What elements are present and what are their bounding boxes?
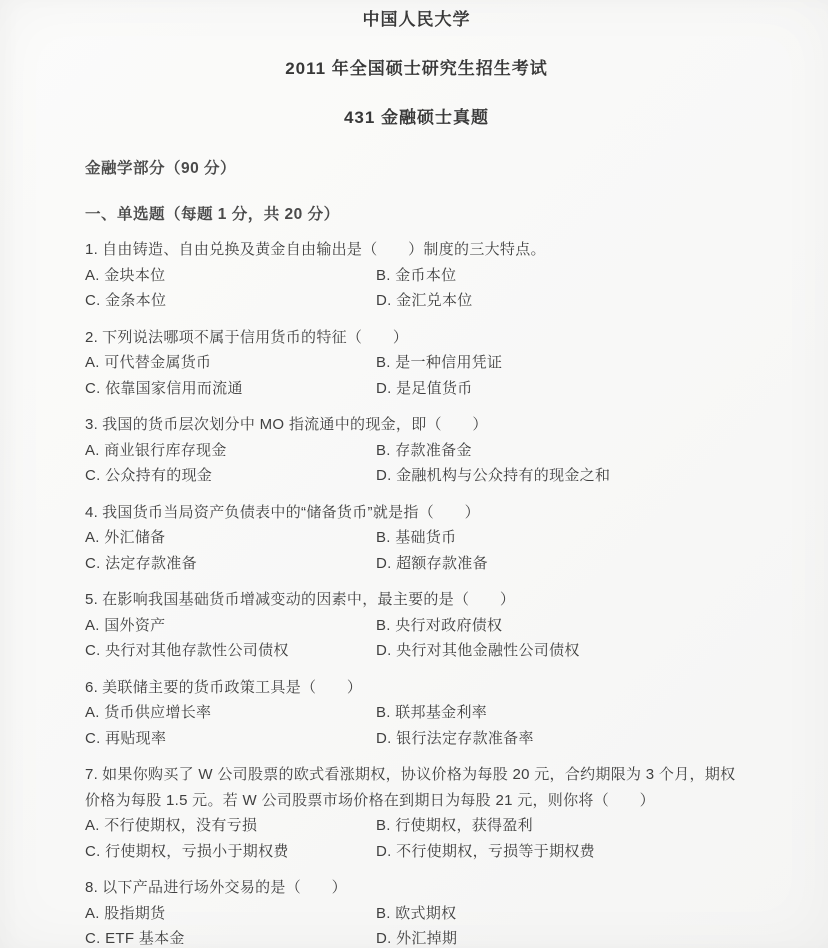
option-c: C. 法定存款准备 [85,551,376,577]
question-stem: 5.在影响我国基础货币增减变动的因素中，最主要的是（ ） [85,587,748,613]
option-b: B. 是一种信用凭证 [376,350,502,376]
option-c: C. 央行对其他存款性公司债权 [85,638,376,664]
question-block-3: 3.我国的货币层次划分中 MO 指流通中的现金，即（ ） A. 商业银行库存现金… [85,412,748,489]
paper-title: 431 金融硕士真题 [85,107,748,129]
question-stem: 3.我国的货币层次划分中 MO 指流通中的现金，即（ ） [85,412,748,438]
question-text: 自由铸造、自由兑换及黄金自由输出是（ ）制度的三大特点。 [102,241,546,258]
option-b: B. 存款准备金 [376,438,610,464]
question-stem: 6.美联储主要的货币政策工具是（ ） [85,675,748,701]
question-number: 1. [85,241,98,258]
option-c: C. ETF 基本金 [85,926,376,948]
option-d: D. 金汇兑本位 [376,288,473,314]
option-a: A. 金块本位 [85,263,376,289]
option-b: B. 欧式期权 [376,901,457,927]
option-d: D. 是足值货币 [376,376,502,402]
option-c: C. 金条本位 [85,288,376,314]
question-block-6: 6.美联储主要的货币政策工具是（ ） A. 货币供应增长率 B. 联邦基金利率 … [85,675,748,752]
part-heading: 一、单选题（每题 1 分，共 20 分） [85,204,748,226]
exam-document-page: 中国人民大学 2011 年全国硕士研究生招生考试 431 金融硕士真题 金融学部… [0,0,828,948]
option-b: B. 基础货币 [376,525,488,551]
option-a: A. 股指期货 [85,901,376,927]
question-text: 我国的货币层次划分中 MO 指流通中的现金，即（ ） [102,416,488,433]
option-b: B. 金币本位 [376,263,473,289]
question-number: 4. [85,504,98,521]
question-number: 2. [85,329,98,346]
question-options: A. 外汇储备 B. 基础货币 C. 法定存款准备 D. 超额存款准备 [85,525,748,576]
section-heading: 金融学部分（90 分） [85,158,748,180]
question-text: 我国货币当局资产负债表中的“储备货币”就是指（ ） [102,504,480,521]
option-a: A. 货币供应增长率 [85,700,376,726]
question-text: 美联储主要的货币政策工具是（ ） [102,679,362,696]
question-stem: 4.我国货币当局资产负债表中的“储备货币”就是指（ ） [85,500,748,526]
option-d: D. 不行使期权，亏损等于期权费 [376,839,595,865]
question-options: A. 金块本位 B. 金币本位 C. 金条本位 D. 金汇兑本位 [85,263,748,314]
exam-title: 2011 年全国硕士研究生招生考试 [85,58,748,80]
university-title: 中国人民大学 [85,9,748,31]
option-a: A. 商业银行库存现金 [85,438,376,464]
option-a: A. 不行使期权，没有亏损 [85,813,376,839]
option-d: D. 央行对其他金融性公司债权 [376,638,580,664]
question-number: 5. [85,591,98,608]
option-d: D. 银行法定存款准备率 [376,726,534,752]
question-block-2: 2.下列说法哪项不属于信用货币的特征（ ） A. 可代替金属货币 B. 是一种信… [85,325,748,402]
option-a: A. 可代替金属货币 [85,350,376,376]
option-b: B. 联邦基金利率 [376,700,534,726]
question-text: 下列说法哪项不属于信用货币的特征（ ） [102,329,408,346]
option-a: A. 外汇储备 [85,525,376,551]
question-options: A. 货币供应增长率 B. 联邦基金利率 C. 再贴现率 D. 银行法定存款准备… [85,700,748,751]
option-b: B. 央行对政府债权 [376,613,580,639]
question-options: A. 国外资产 B. 央行对政府债权 C. 央行对其他存款性公司债权 D. 央行… [85,613,748,664]
question-number: 7. [85,766,98,783]
option-d: D. 外汇掉期 [376,926,457,948]
option-c: C. 行使期权，亏损小于期权费 [85,839,376,865]
question-block-5: 5.在影响我国基础货币增减变动的因素中，最主要的是（ ） A. 国外资产 B. … [85,587,748,664]
question-stem: 7.如果你购买了 W 公司股票的欧式看涨期权，协议价格为每股 20 元，合约期限… [85,762,748,813]
question-block-1: 1.自由铸造、自由兑换及黄金自由输出是（ ）制度的三大特点。 A. 金块本位 B… [85,237,748,314]
question-number: 3. [85,416,98,433]
question-stem: 8.以下产品进行场外交易的是（ ） [85,875,748,901]
question-text: 以下产品进行场外交易的是（ ） [102,879,347,896]
question-text: 如果你购买了 W 公司股票的欧式看涨期权，协议价格为每股 20 元，合约期限为 … [85,766,735,809]
question-block-8: 8.以下产品进行场外交易的是（ ） A. 股指期货 B. 欧式期权 C. ETF… [85,875,748,948]
question-stem: 2.下列说法哪项不属于信用货币的特征（ ） [85,325,748,351]
option-c: C. 再贴现率 [85,726,376,752]
option-d: D. 超额存款准备 [376,551,488,577]
question-block-7: 7.如果你购买了 W 公司股票的欧式看涨期权，协议价格为每股 20 元，合约期限… [85,762,748,864]
question-block-4: 4.我国货币当局资产负债表中的“储备货币”就是指（ ） A. 外汇储备 B. 基… [85,500,748,577]
question-text: 在影响我国基础货币增减变动的因素中，最主要的是（ ） [102,591,515,608]
question-options: A. 商业银行库存现金 B. 存款准备金 C. 公众持有的现金 D. 金融机构与… [85,438,748,489]
option-b: B. 行使期权，获得盈利 [376,813,595,839]
question-options: A. 不行使期权，没有亏损 B. 行使期权，获得盈利 C. 行使期权，亏损小于期… [85,813,748,864]
option-c: C. 公众持有的现金 [85,463,376,489]
question-stem: 1.自由铸造、自由兑换及黄金自由输出是（ ）制度的三大特点。 [85,237,748,263]
question-number: 6. [85,679,98,696]
option-d: D. 金融机构与公众持有的现金之和 [376,463,610,489]
option-c: C. 依靠国家信用而流通 [85,376,376,402]
question-options: A. 可代替金属货币 B. 是一种信用凭证 C. 依靠国家信用而流通 D. 是足… [85,350,748,401]
question-options: A. 股指期货 B. 欧式期权 C. ETF 基本金 D. 外汇掉期 [85,901,748,948]
option-a: A. 国外资产 [85,613,376,639]
question-number: 8. [85,879,98,896]
